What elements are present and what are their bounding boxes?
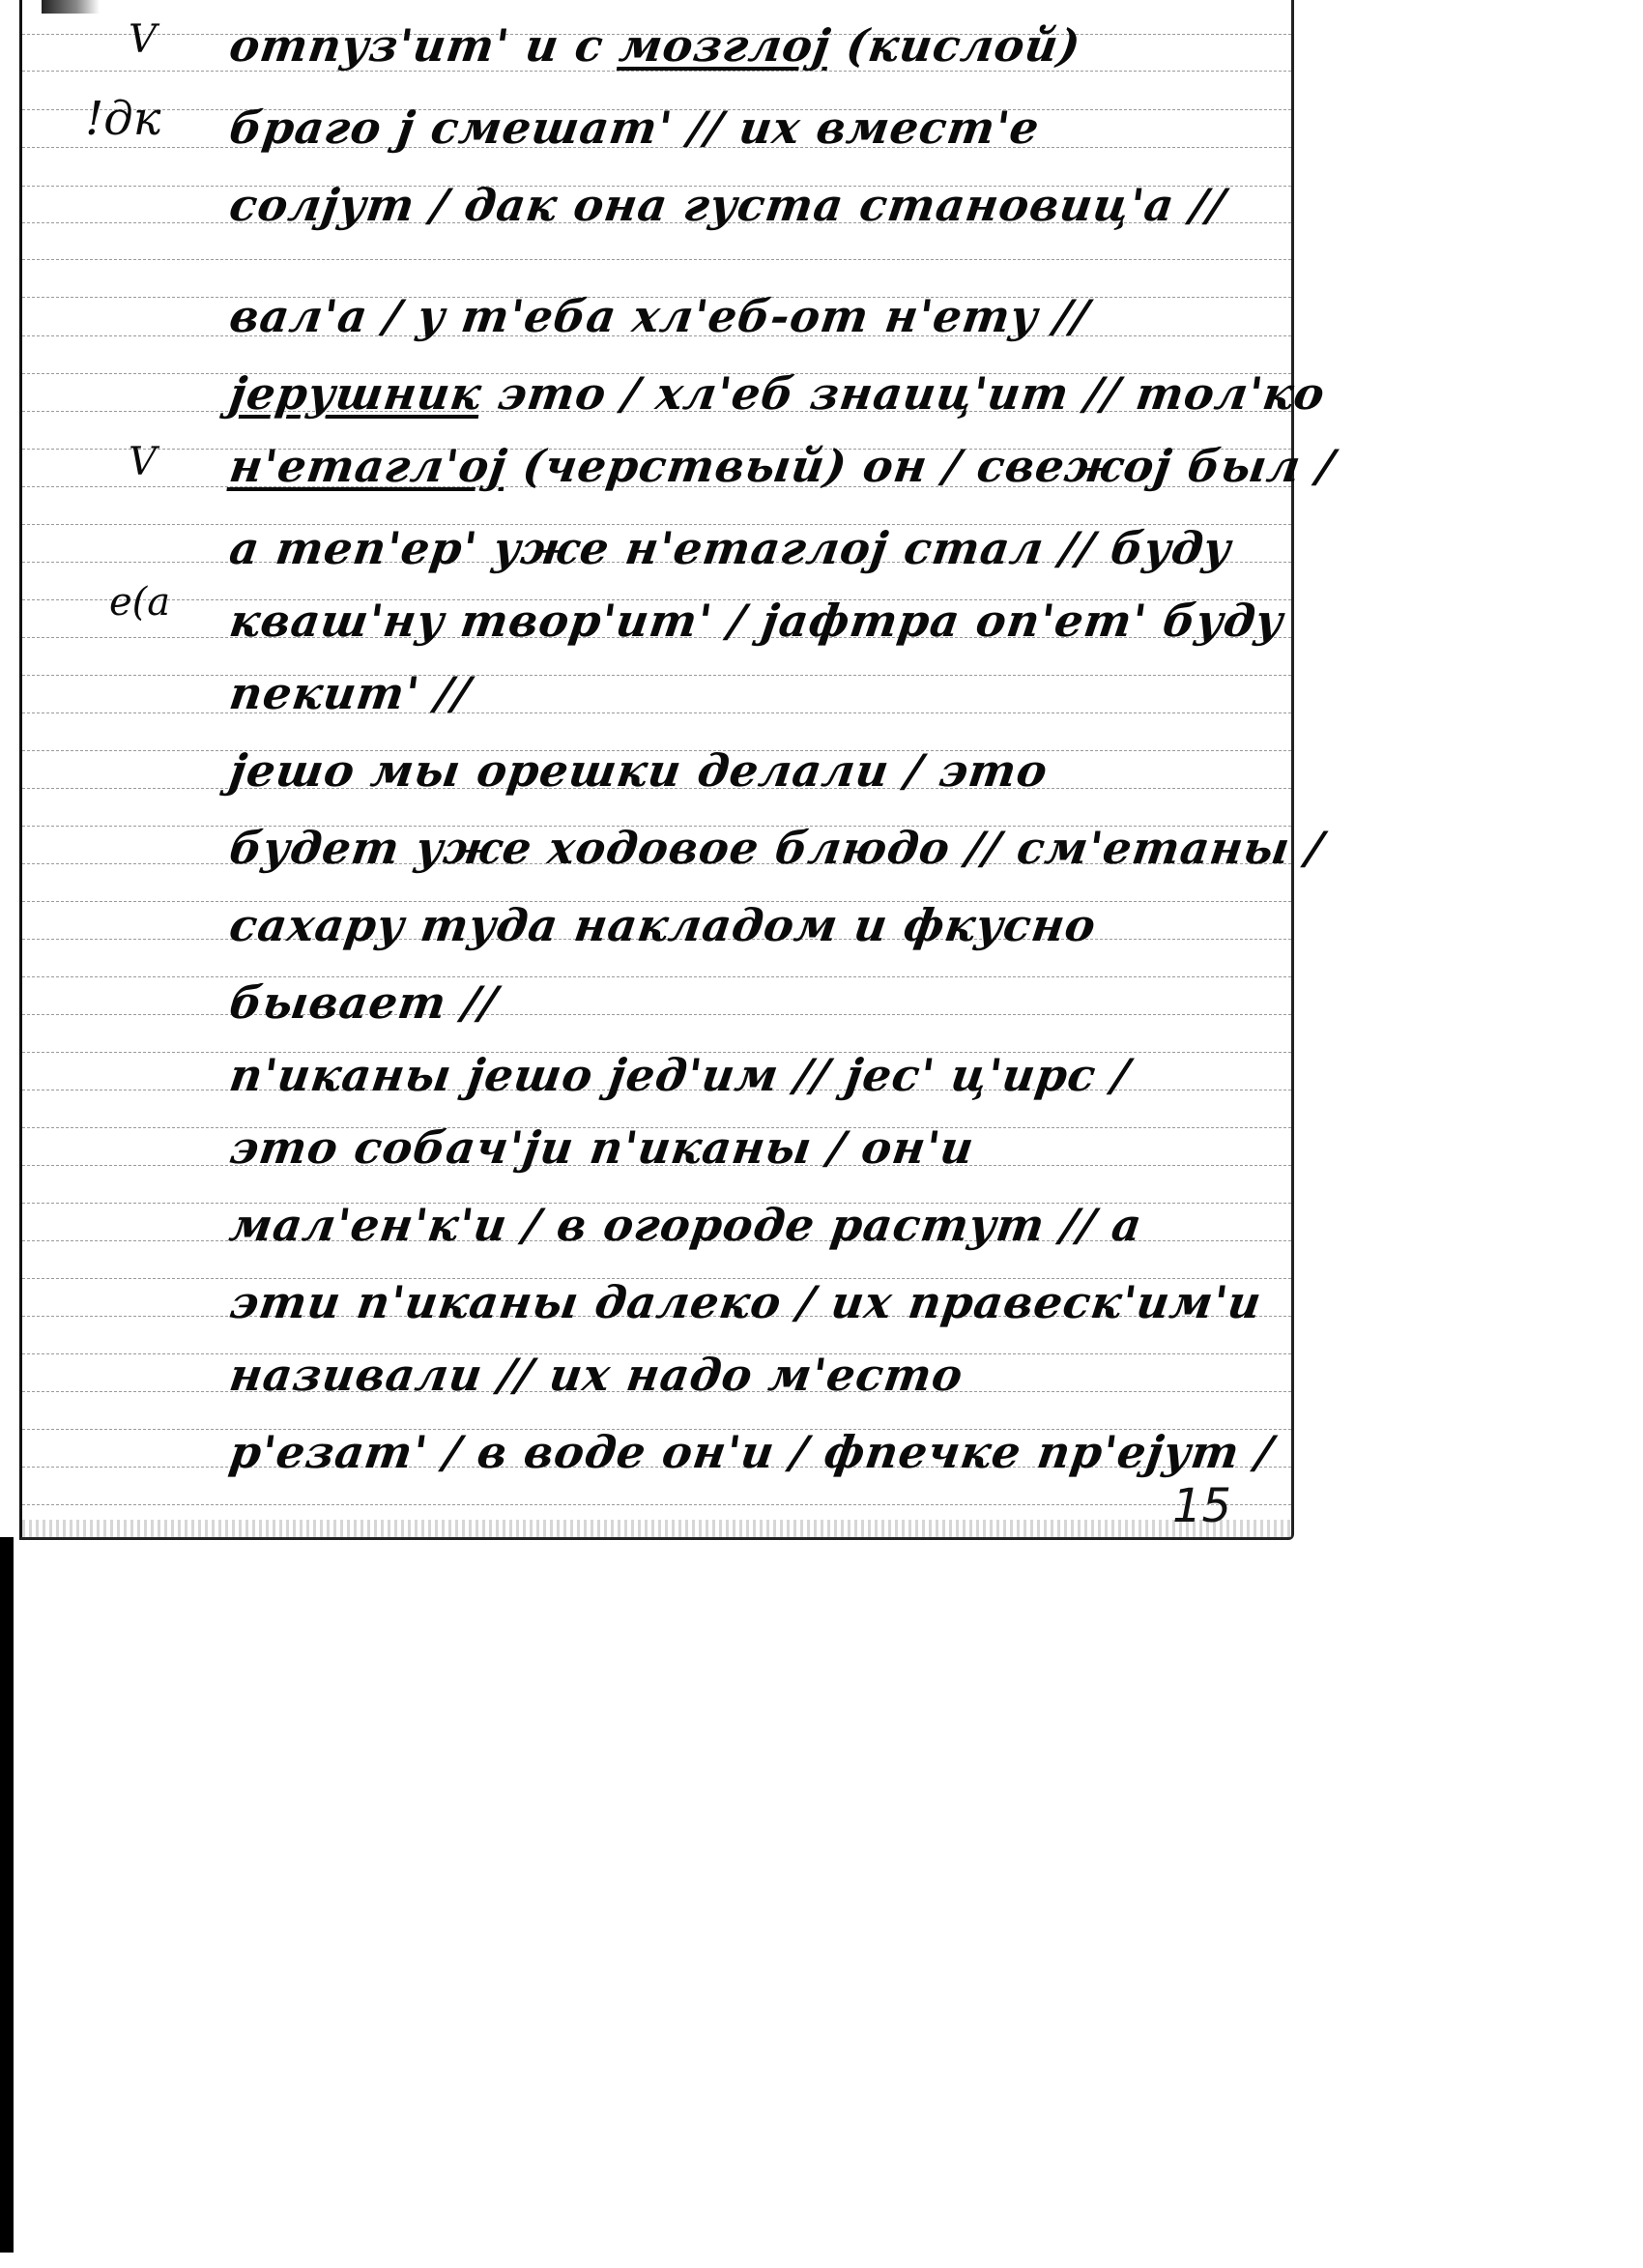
text-line: јешо мы орешки делали / это (226, 744, 1051, 797)
text-line: п'иканы јешо јед'им // јес' ц'ирс / (226, 1049, 1133, 1101)
scan-noise-strip (22, 1520, 1291, 1537)
scan-edge-black-bar (0, 1537, 14, 2253)
text-line: отпуз'ит' и с мозглој (кислой) (226, 19, 1084, 72)
text-line: эти п'иканы далеко / их правеск'им'и (226, 1276, 1265, 1328)
ruled-line (22, 712, 1291, 713)
text-line: браго ј смешат' // их вмест'е (226, 102, 1043, 154)
margin-note: е(а (109, 580, 170, 625)
text-line: пекит' // (226, 667, 474, 719)
ruled-line (22, 976, 1291, 977)
ruled-line (22, 1014, 1291, 1015)
ruled-line (22, 1504, 1291, 1505)
text-line: мал'ен'к'и / в огороде растут // а (226, 1199, 1145, 1251)
ruled-line (22, 675, 1291, 676)
scan-corner-smudge (42, 0, 100, 14)
margin-note: !дк (85, 92, 160, 146)
text-line: солјут / дак она густа становиц'а // (226, 179, 1228, 231)
text-line: н'етагл'ој (черствый) он / свежој был / (226, 440, 1338, 492)
text-line: кваш'ну твор'ит' / јафтра оп'ет' буду (226, 595, 1286, 647)
ruled-line (22, 259, 1291, 260)
margin-check-mark: V (129, 17, 157, 62)
scanned-notebook-page: V !дк V е(а отпуз'ит' и с мозглој (кисло… (19, 0, 1294, 1540)
text-line: а теп'ер' уже н'етаглој стал // буду (226, 522, 1235, 574)
text-line: називали // их надо м'есто (226, 1349, 966, 1401)
page-number: 15 (1172, 1479, 1231, 1533)
margin-check-mark: V (129, 440, 157, 484)
text-line: јерушник это / хл'еб знаиц'ит // тол'ко (226, 367, 1328, 420)
text-line: бывает // (226, 976, 501, 1029)
text-line: будет уже ходовое блюдо // см'етаны / (226, 822, 1327, 874)
text-line: р'езат' / в воде он'и / фпечке пр'ејут / (226, 1426, 1277, 1478)
text-line: сахару туда накладом и фкусно (226, 899, 1099, 951)
text-line: это собач'ји п'иканы / он'и (226, 1121, 977, 1174)
text-line: вал'а / у т'еба хл'еб-от н'ету // (226, 290, 1092, 342)
